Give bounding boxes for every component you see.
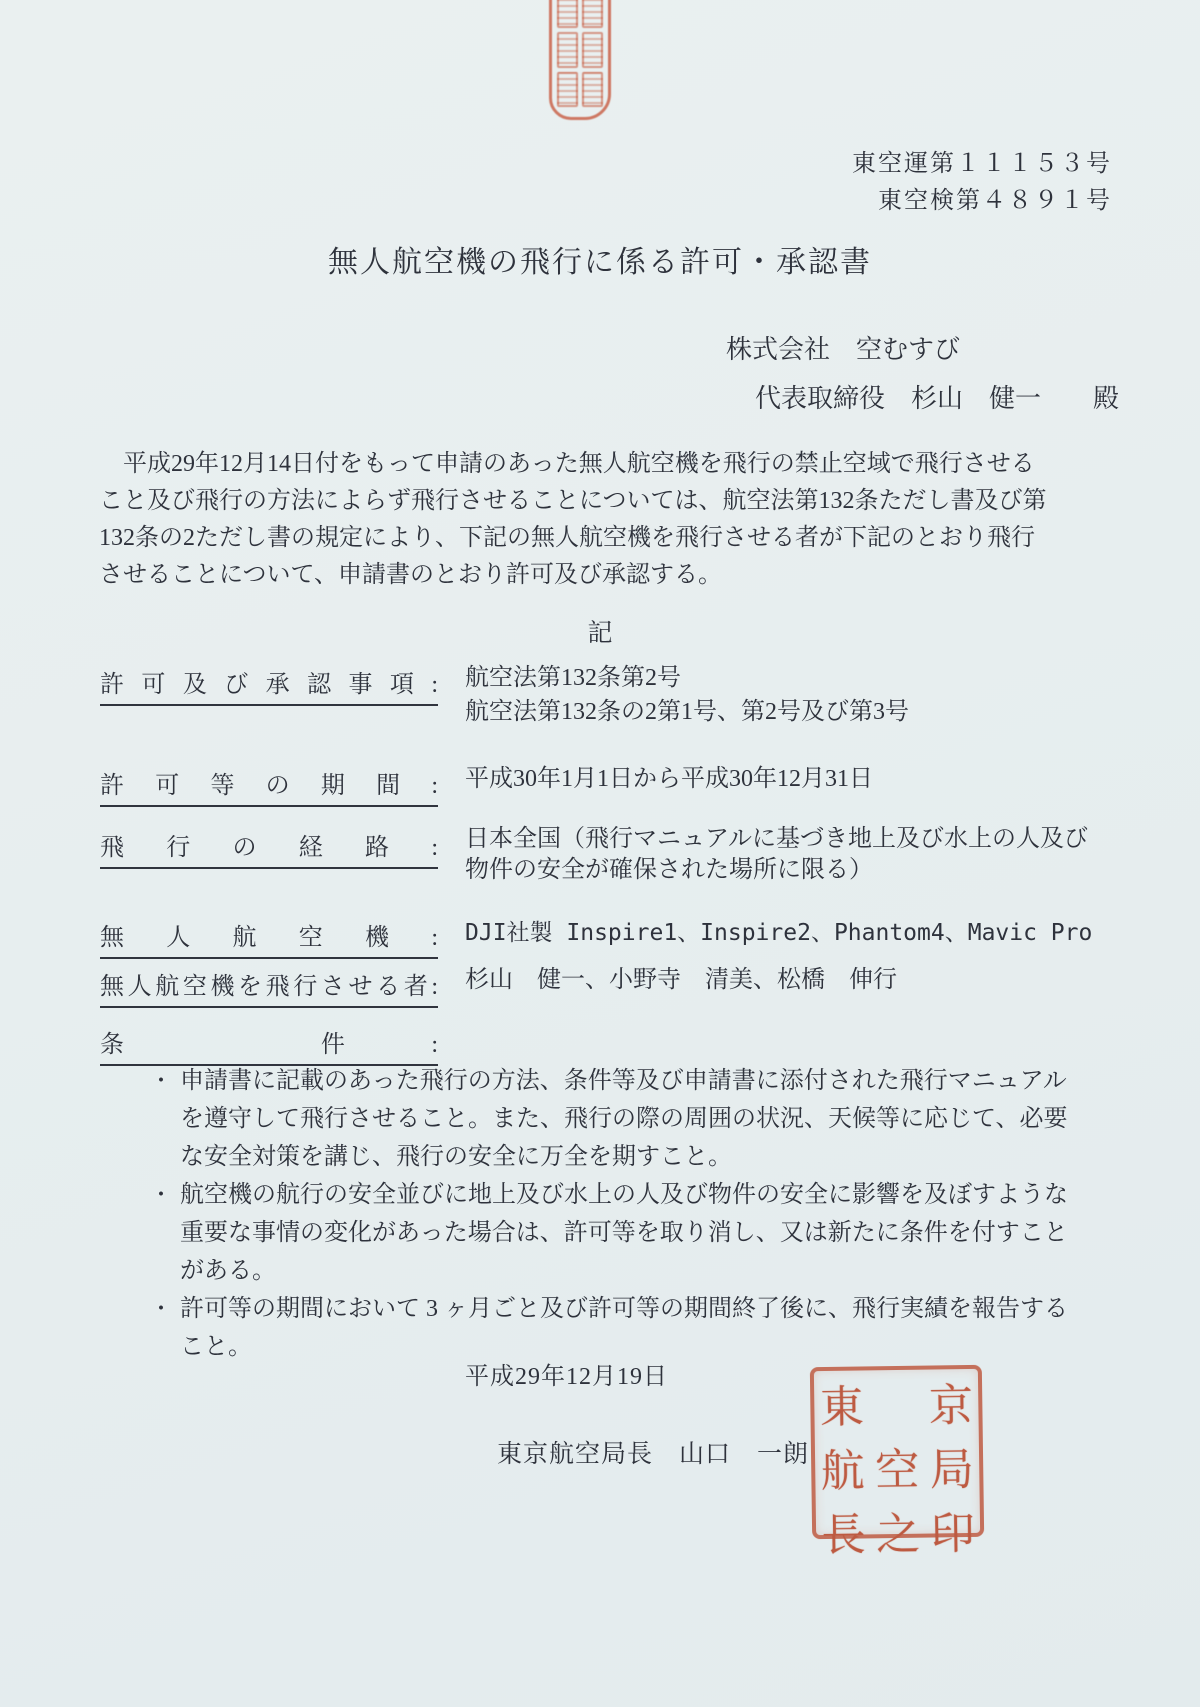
- row-value: 杉山 健一、小野寺 清美、松橋 伸行: [465, 966, 1135, 1000]
- row-uav-operators: 無人航空機を飛行させる者: 杉山 健一、小野寺 清美、松橋 伸行: [100, 966, 1135, 1008]
- stamp-texture-block: [582, 32, 603, 67]
- body-line: 132条の2ただし書の規定により、下記の無人航空機を飛行させる者が下記のとおり飛…: [99, 520, 1129, 557]
- seal-char: 印: [925, 1497, 981, 1562]
- condition-text: 許可等の期間において 3 ヶ月ごと及び許可等の期間終了後に、飛行実績を報告する …: [180, 1290, 1068, 1366]
- ki-marker: 記: [0, 613, 1200, 649]
- seal-char: 東: [814, 1370, 870, 1435]
- row-value-line: 杉山 健一、小野寺 清美、松橋 伸行: [465, 960, 1135, 1000]
- row-value: 日本全国（飛行マニュアルに基づき地上及び水上の人及び 物件の安全が確保された場所…: [465, 827, 1135, 889]
- condition-item: ・ 許可等の期間において 3 ヶ月ごと及び許可等の期間終了後に、飛行実績を報告す…: [150, 1290, 1130, 1366]
- seal-char: 局: [924, 1433, 980, 1498]
- condition-line: がある。: [180, 1252, 1068, 1290]
- row-label: 飛行の経路:: [100, 827, 438, 869]
- row-label: 無人航空機:: [100, 917, 438, 959]
- row-value-line: DJI社製 Inspire1、Inspire2、Phantom4、Mavic P…: [465, 913, 1135, 953]
- stamp-texture-block: [557, 0, 578, 28]
- row-label: 無人航空機を飛行させる者:: [100, 966, 438, 1008]
- row-flight-route: 飛行の経路: 日本全国（飛行マニュアルに基づき地上及び水上の人及び 物件の安全が…: [100, 827, 1135, 889]
- row-label: 許可等の期間:: [100, 765, 438, 807]
- body-line: こと及び飛行の方法によらず飛行させることについては、航空法第132条ただし書及び…: [99, 483, 1129, 520]
- seal-char: 長: [816, 1498, 872, 1563]
- row-value-line: 平成30年1月1日から平成30年12月31日: [465, 759, 1135, 799]
- seal-char: 空: [869, 1434, 925, 1499]
- row-conditions: 条 件:: [100, 1024, 438, 1066]
- bullet-icon: ・: [150, 1290, 180, 1366]
- body-line: 平成29年12月14日付をもって申請のあった無人航空機を飛行の禁止空域で飛行させ…: [99, 446, 1129, 483]
- signer-name: 東京航空局長 山口 一朗: [497, 1434, 809, 1470]
- document-numbers: 東空運第１１１５３号 東空検第４８９１号: [852, 146, 1112, 220]
- row-permit-period: 許可等の期間: 平成30年1月1日から平成30年12月31日: [100, 765, 1135, 807]
- row-value-line: 航空法第132条の2第1号、第2号及び第3号: [465, 692, 1135, 732]
- row-value: DJI社製 Inspire1、Inspire2、Phantom4、Mavic P…: [465, 917, 1135, 953]
- bullet-icon: ・: [150, 1062, 180, 1176]
- stamp-texture-block: [557, 72, 578, 107]
- seal-char: 航: [815, 1434, 871, 1499]
- stamp-texture-block: [557, 32, 578, 67]
- issue-date: 平成29年12月19日: [465, 1356, 668, 1391]
- condition-line: 航空機の航行の安全並びに地上及び水上の人及び物件の安全に影響を及ぼすような: [180, 1176, 1068, 1214]
- condition-text: 航空機の航行の安全並びに地上及び水上の人及び物件の安全に影響を及ぼすような 重要…: [180, 1176, 1068, 1290]
- addressee-company: 株式会社 空むすび: [726, 329, 1119, 366]
- condition-line: な安全対策を講じ、飛行の安全に万全を期すこと。: [180, 1138, 1068, 1176]
- page-title: 無人航空機の飛行に係る許可・承認書: [0, 237, 1200, 281]
- body-paragraph: 平成29年12月14日付をもって申請のあった無人航空機を飛行の禁止空域で飛行させ…: [99, 446, 1129, 594]
- bullet-icon: ・: [150, 1176, 180, 1290]
- body-line: させることについて、申請書のとおり許可及び承認する。: [99, 557, 1129, 594]
- reception-stamp-icon: [549, 0, 611, 120]
- row-label: 条 件:: [100, 1024, 438, 1066]
- condition-item: ・ 申請書に記載のあった飛行の方法、条件等及び申請書に添付された飛行マニュアル …: [150, 1062, 1130, 1176]
- condition-line: を遵守して飛行させること。また、飛行の際の周囲の状況、天候等に応じて、必要: [180, 1100, 1068, 1138]
- conditions-list: ・ 申請書に記載のあった飛行の方法、条件等及び申請書に添付された飛行マニュアル …: [150, 1062, 1130, 1366]
- condition-line: 申請書に記載のあった飛行の方法、条件等及び申請書に添付された飛行マニュアル: [180, 1062, 1068, 1100]
- row-approval-items: 許可及び承認事項: 航空法第132条第2号 航空法第132条の2第1号、第2号及…: [100, 664, 1135, 732]
- addressee-block: 株式会社 空むすび 代表取締役 杉山 健一 殿: [726, 329, 1119, 415]
- stamp-texture-block: [582, 0, 603, 28]
- row-value: 航空法第132条第2号 航空法第132条の2第1号、第2号及び第3号: [465, 664, 1135, 732]
- row-label: 許可及び承認事項:: [100, 664, 438, 706]
- document-page: 東空運第１１１５３号 東空検第４８９１号 無人航空機の飛行に係る許可・承認書 株…: [0, 0, 1200, 1707]
- seal-char: 京: [923, 1369, 979, 1434]
- seal-char: 之: [870, 1498, 926, 1563]
- row-uav-models: 無人航空機: DJI社製 Inspire1、Inspire2、Phantom4、…: [100, 917, 1135, 959]
- seal-char: [869, 1370, 925, 1435]
- row-value: 平成30年1月1日から平成30年12月31日: [465, 765, 1135, 799]
- director-seal-icon: 東 京 航 空 局 長 之 印: [810, 1365, 984, 1539]
- addressee-person: 代表取締役 杉山 健一 殿: [726, 378, 1119, 415]
- condition-item: ・ 航空機の航行の安全並びに地上及び水上の人及び物件の安全に影響を及ぼすような …: [150, 1176, 1130, 1290]
- doc-number-line: 東空検第４８９１号: [852, 183, 1112, 220]
- stamp-texture-block: [582, 72, 603, 107]
- condition-line: 許可等の期間において 3 ヶ月ごと及び許可等の期間終了後に、飛行実績を報告する: [180, 1290, 1068, 1328]
- doc-number-line: 東空運第１１１５３号: [852, 146, 1112, 183]
- condition-text: 申請書に記載のあった飛行の方法、条件等及び申請書に添付された飛行マニュアル を遵…: [180, 1062, 1068, 1176]
- condition-line: 重要な事情の変化があった場合は、許可等を取り消し、又は新たに条件を付すこと: [180, 1214, 1068, 1252]
